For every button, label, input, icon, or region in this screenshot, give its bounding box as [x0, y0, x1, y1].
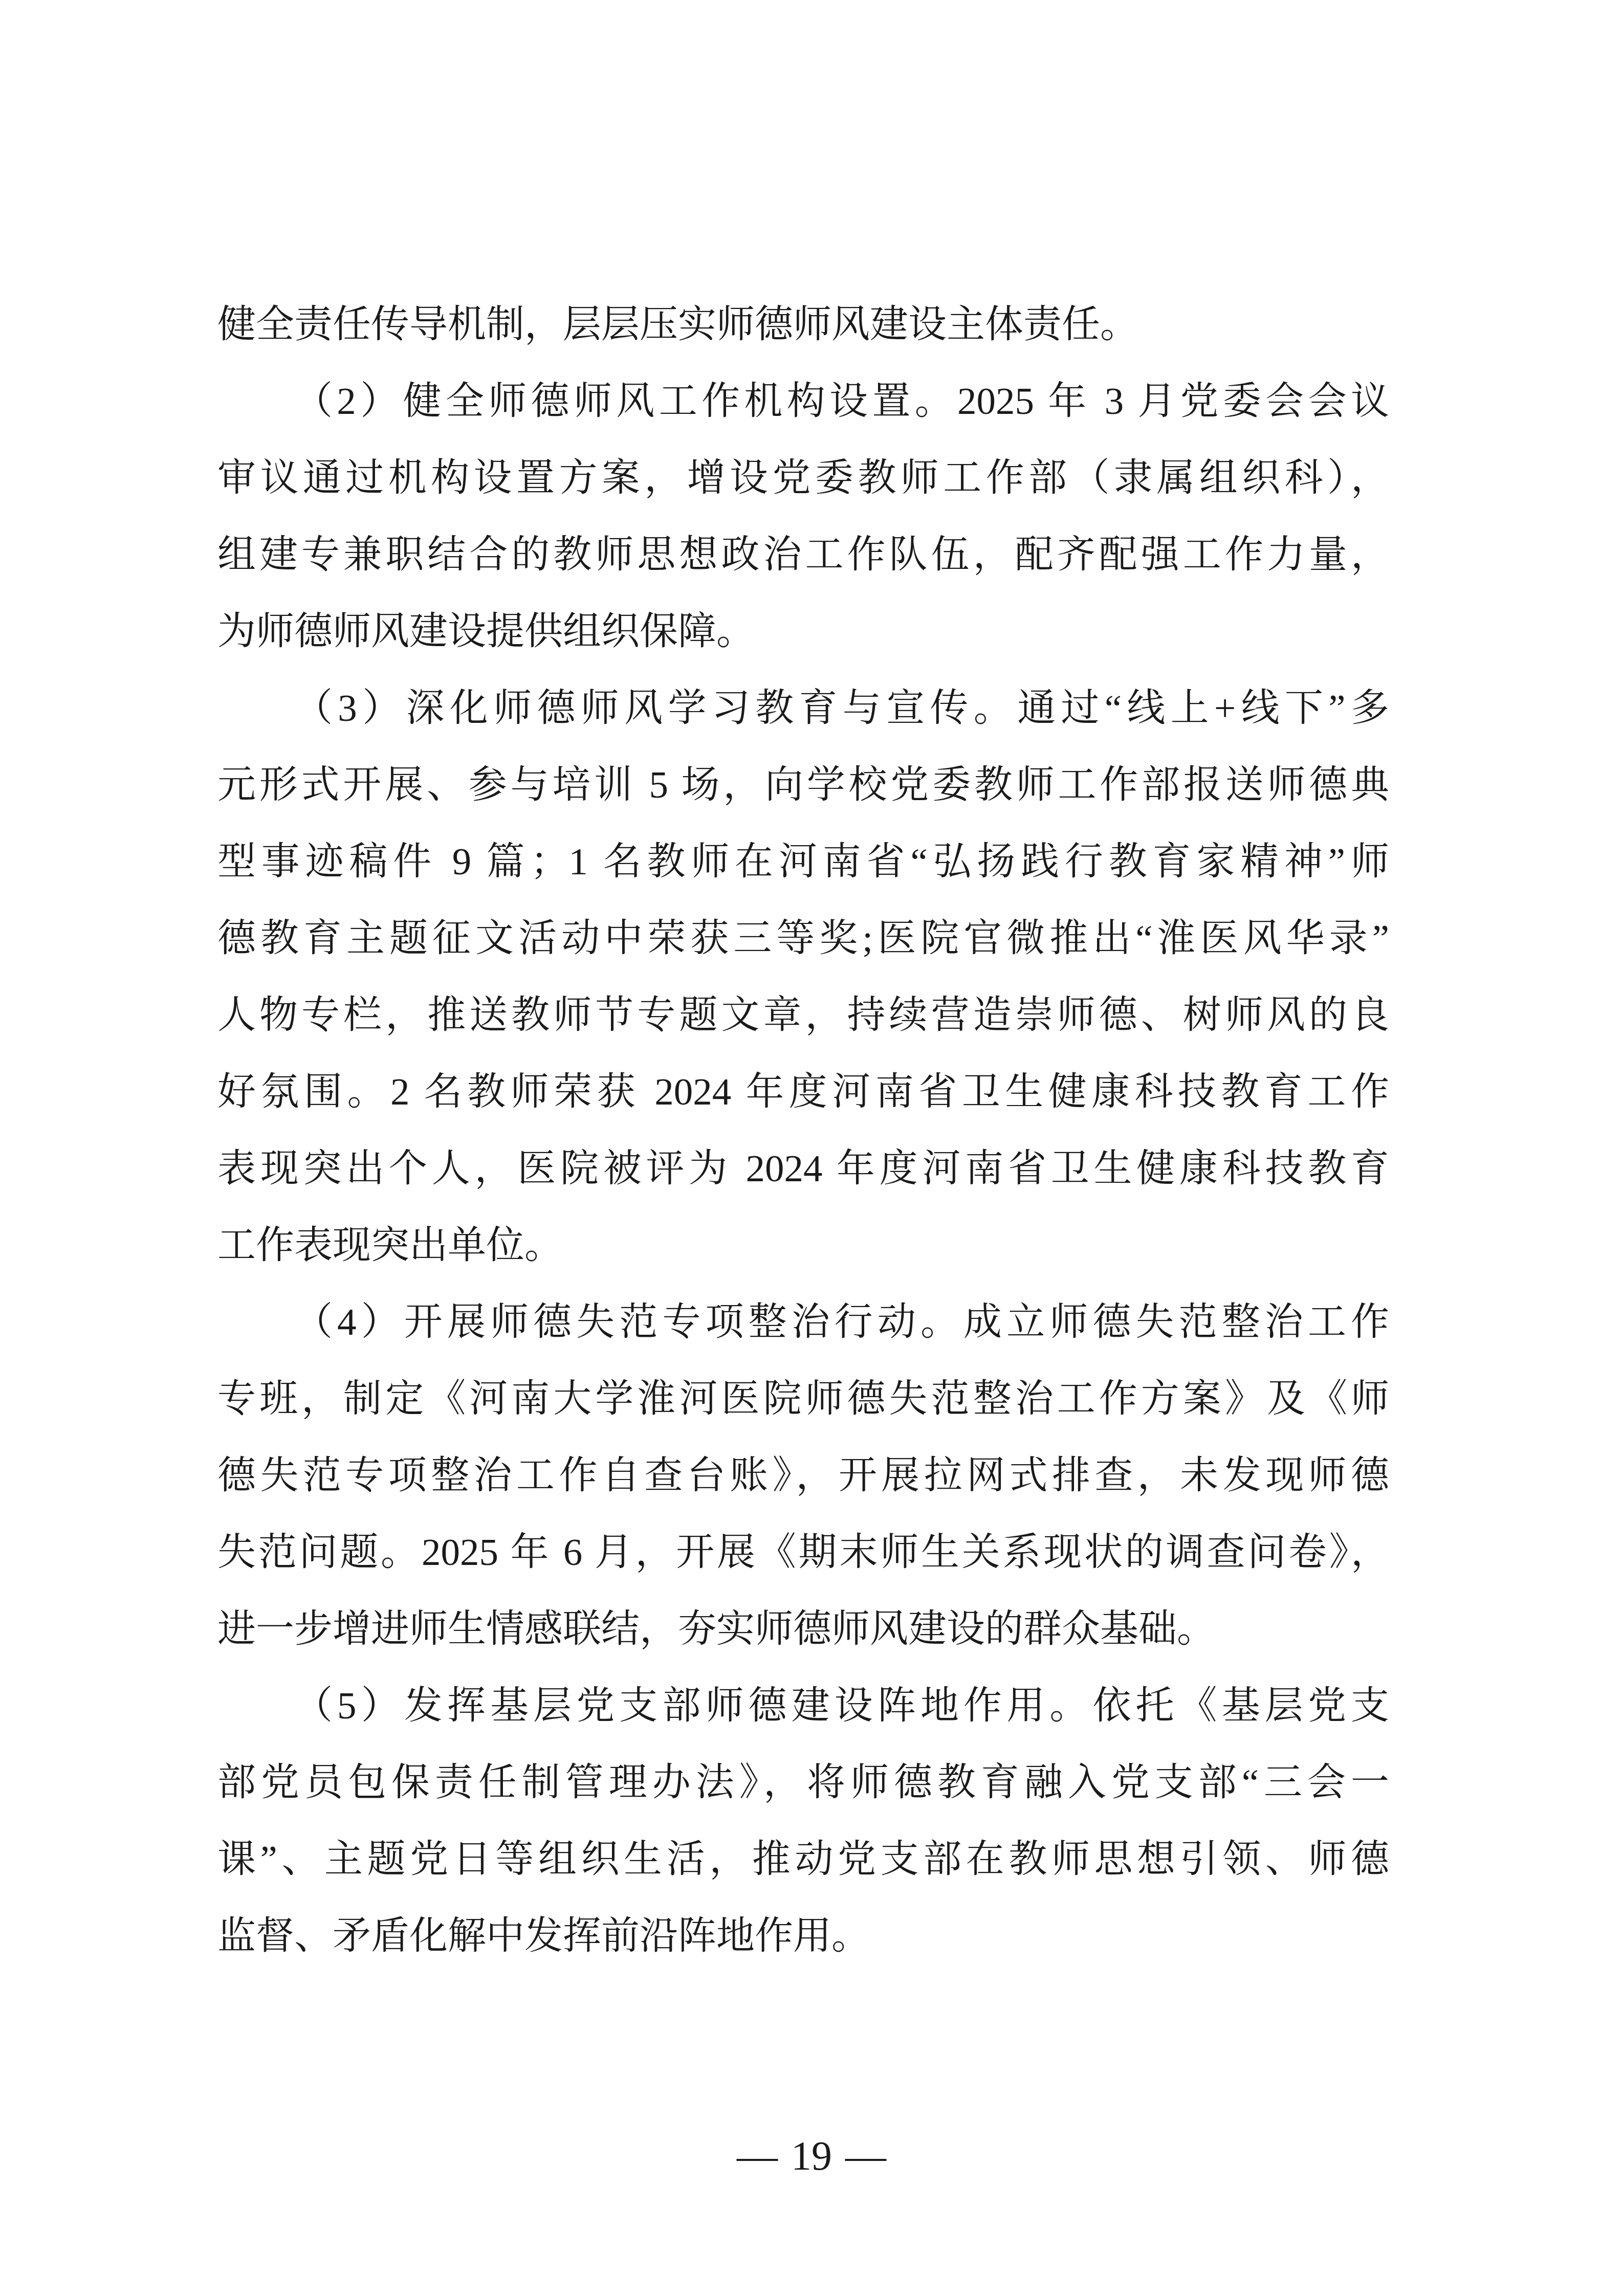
text-line: （4）开展师德失范专项整治行动。成立师德失范整治工作: [217, 1284, 1389, 1361]
text-line: 元形式开展、参与培训 5 场，向学校党委教师工作部报送师德典: [217, 747, 1389, 824]
text-line: 好氛围。2 名教师荣获 2024 年度河南省卫生健康科技教育工作: [217, 1054, 1389, 1131]
text-line: 型事迹稿件 9 篇；1 名教师在河南省“弘扬践行教育家精神”师: [217, 824, 1389, 900]
paragraph: （5）发挥基层党支部师德建设阵地作用。依托《基层党支部党员包保责任制管理办法》，…: [217, 1668, 1389, 1975]
text-line: 部党员包保责任制管理办法》，将师德教育融入党支部“三会一: [217, 1745, 1389, 1821]
text-line: 为师德师风建设提供组织保障。: [217, 593, 1389, 670]
text-line: 健全责任传导机制，层层压实师德师风建设主体责任。: [217, 286, 1389, 363]
text-line: 工作表现突出单位。: [217, 1207, 1389, 1284]
paragraph: （2）健全师德师风工作机构设置。2025 年 3 月党委会会议审议通过机构设置方…: [217, 363, 1389, 670]
text-line: （3）深化师德师风学习教育与宣传。通过“线上+线下”多: [217, 670, 1389, 747]
text-line: （2）健全师德师风工作机构设置。2025 年 3 月党委会会议: [217, 363, 1389, 440]
page-footer: —19—: [0, 2134, 1623, 2178]
text-line: 德教育主题征文活动中荣获三等奖;医院官微推出“淮医风华录”: [217, 900, 1389, 977]
text-line: 组建专兼职结合的教师思想政治工作队伍，配齐配强工作力量，: [217, 517, 1389, 593]
text-line: 专班，制定《河南大学淮河医院师德失范整治工作方案》及《师: [217, 1361, 1389, 1438]
text-line: （5）发挥基层党支部师德建设阵地作用。依托《基层党支: [217, 1668, 1389, 1745]
text-line: 课”、主题党日等组织生活，推动党支部在教师思想引领、师德: [217, 1821, 1389, 1898]
page-number: 19: [791, 2134, 832, 2179]
text-line: 审议通过机构设置方案，增设党委教师工作部（隶属组织科），: [217, 440, 1389, 517]
document-body: 健全责任传导机制，层层压实师德师风建设主体责任。（2）健全师德师风工作机构设置。…: [217, 286, 1389, 1975]
text-line: 表现突出个人，医院被评为 2024 年度河南省卫生健康科技教育: [217, 1131, 1389, 1207]
paragraph: （4）开展师德失范专项整治行动。成立师德失范整治工作专班，制定《河南大学淮河医院…: [217, 1284, 1389, 1668]
text-line: 德失范专项整治工作自查台账》，开展拉网式排查，未发现师德: [217, 1438, 1389, 1514]
text-line: 失范问题。2025 年 6 月，开展《期末师生关系现状的调查问卷》，: [217, 1514, 1389, 1591]
text-line: 进一步增进师生情感联结，夯实师德师风建设的群众基础。: [217, 1591, 1389, 1668]
footer-right-dash: —: [845, 2134, 886, 2179]
footer-left-dash: —: [737, 2134, 778, 2179]
paragraph: 健全责任传导机制，层层压实师德师风建设主体责任。: [217, 286, 1389, 363]
text-line: 人物专栏，推送教师节专题文章，持续营造崇师德、树师风的良: [217, 977, 1389, 1054]
text-line: 监督、矛盾化解中发挥前沿阵地作用。: [217, 1898, 1389, 1975]
paragraph: （3）深化师德师风学习教育与宣传。通过“线上+线下”多元形式开展、参与培训 5 …: [217, 670, 1389, 1284]
